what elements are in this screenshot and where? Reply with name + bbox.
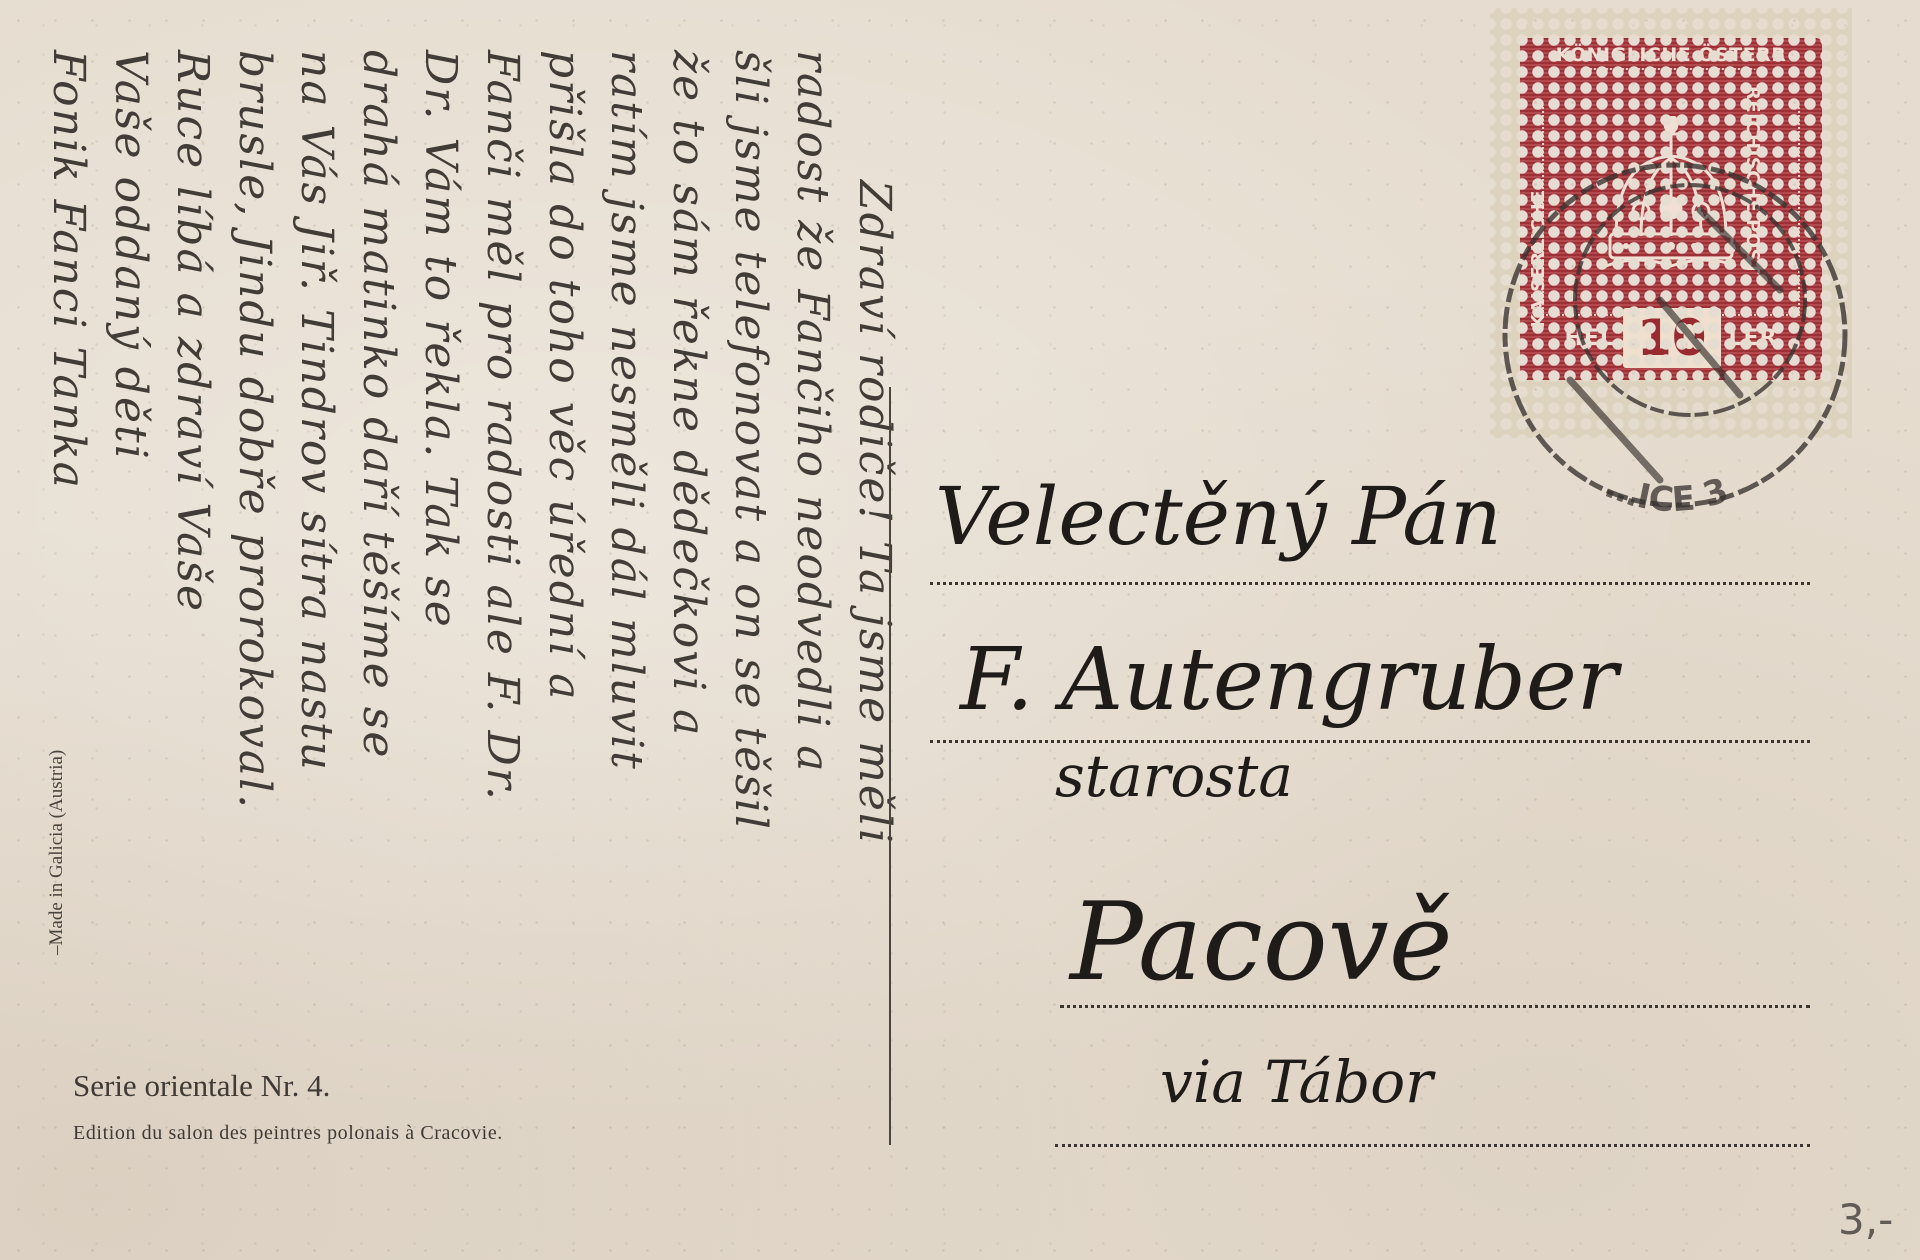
message-line: Dr. Vám to řekla. Tak se (415, 50, 466, 629)
stamp-unit-left: HEL (1564, 326, 1614, 351)
message-line: Zdraví rodiče! Ta jsme měli (849, 180, 900, 845)
publisher-edition: Edition du salon des peintres polonais à… (73, 1122, 503, 1145)
address-via: via Tábor (1160, 1048, 1433, 1116)
message-line: Ruce líbá a zdraví Vaše (167, 50, 218, 613)
address-line-3 (1060, 1005, 1810, 1008)
stamp-unit-right: LER (1729, 326, 1778, 351)
message-line: Fanči měl pro radosti ale F. Dr. (477, 50, 528, 802)
postage-stamp: KÖNIGLICHE ÖSTERR KAISERLICHE REICHISCHE… (1490, 8, 1852, 438)
address-line-4 (1055, 1144, 1810, 1147)
series-title: Serie orientale Nr. 4. (73, 1068, 330, 1104)
crown-icon (1586, 116, 1756, 286)
address-line-1 (930, 582, 1810, 585)
stamp-top-text: KÖNIGLICHE ÖSTERR (1520, 44, 1822, 66)
svg-text:…ICE 3: …ICE 3 (1600, 466, 1733, 520)
message-line: brusle, Jindu dobře prorokoval. (229, 50, 280, 810)
pencil-price-note: 3,- (1838, 1195, 1893, 1244)
message-line: že to sám řekne dědečkovi a (663, 50, 714, 737)
message-line: na Vás Jiř. Tindrov sítra nastu (291, 50, 342, 772)
message-line: ratím jsme nesměli dál mluvit (601, 50, 652, 771)
stamp-denomination: HEL 10 LER (1520, 308, 1822, 368)
address-title: starosta (1055, 742, 1293, 810)
made-in-label: –Made in Galicia (Austria) (46, 750, 68, 955)
postcard: Zdraví rodiče! Ta jsme měliradost že Fan… (0, 0, 1920, 1260)
message-line: šli jsme telefonovat a on se těšil (725, 50, 776, 831)
message-line: Vaše oddaný děti (105, 50, 156, 461)
message-line: přišla do toho věc úřední a (539, 50, 590, 702)
message-line: drahá matinko daří těšíme se (353, 50, 404, 759)
address-salutation: Velectěný Pán (935, 470, 1502, 563)
stamp-design: KÖNIGLICHE ÖSTERR KAISERLICHE REICHISCHE… (1520, 38, 1822, 380)
vertical-divider (889, 387, 891, 1145)
message-line: Fonik Fanci Tanka (43, 50, 94, 490)
stamp-value: 10 (1623, 308, 1721, 368)
address-town: Pacově (1070, 880, 1453, 1005)
address-name: F. Autengruber (960, 630, 1618, 730)
message-line: radost že Fančiho neodvedli a (787, 50, 838, 773)
